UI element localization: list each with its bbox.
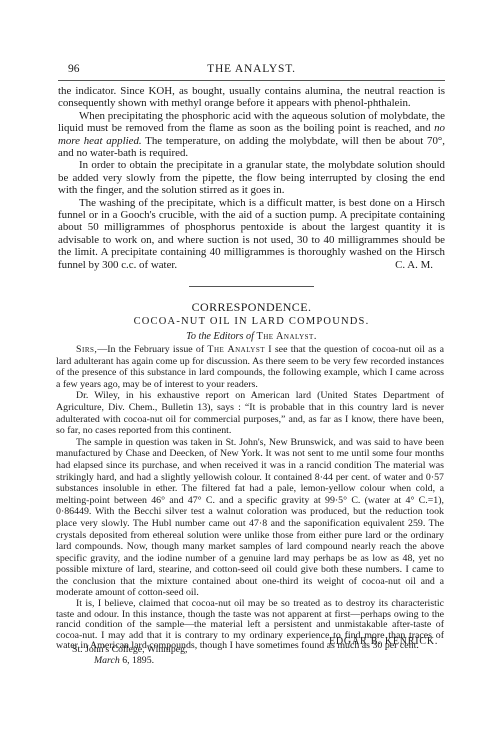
letter-body: Sirs,—In the February issue of The Analy…	[56, 344, 444, 652]
paragraph: When precipitating the phosphoric acid w…	[58, 110, 445, 160]
address-line: St. John's College, Winnipeg,	[72, 644, 188, 655]
date-month: March	[94, 655, 120, 666]
addressee-italic: To the Editors of	[186, 331, 254, 342]
salutation: Sirs,	[76, 344, 97, 355]
date-rest: 6, 1895.	[120, 655, 154, 666]
section-divider	[189, 286, 314, 287]
text-run: When precipitating the phosphoric acid w…	[58, 110, 445, 134]
paragraph: Sirs,—In the February issue of The Analy…	[56, 344, 444, 390]
author-initials: C. A. M.	[374, 259, 433, 271]
journal-name: The Analyst	[207, 344, 265, 355]
sender-address: St. John's College, Winnipeg, March 6, 1…	[72, 644, 188, 666]
paragraph: The sample in question was taken in St. …	[56, 437, 444, 599]
section-heading: CORRESPONDENCE.	[58, 300, 445, 315]
document-page: 96 THE ANALYST. the indicator. Since KOH…	[0, 0, 500, 731]
journal-name: The Analyst.	[257, 331, 317, 342]
paragraph: Dr. Wiley, in his exhaustive report on A…	[56, 390, 444, 436]
letter-title: COCOA-NUT OIL IN LARD COMPOUNDS.	[58, 316, 445, 327]
paragraph: the indicator. Since KOH, as bought, usu…	[58, 85, 445, 110]
letter-date: March 6, 1895.	[72, 655, 188, 666]
article-continuation: the indicator. Since KOH, as bought, usu…	[58, 85, 445, 271]
running-title: THE ANALYST.	[58, 63, 445, 75]
text-run: —In the February issue of	[97, 344, 207, 355]
letter-addressee: To the Editors of The Analyst.	[58, 331, 445, 342]
paragraph: In order to obtain the precipitate in a …	[58, 159, 445, 196]
header-rule	[58, 80, 445, 81]
signature: EDGAR B. KENRICK.	[329, 636, 438, 647]
page-header: 96 THE ANALYST.	[58, 63, 445, 79]
paragraph: The washing of the precipitate, which is…	[58, 197, 445, 271]
